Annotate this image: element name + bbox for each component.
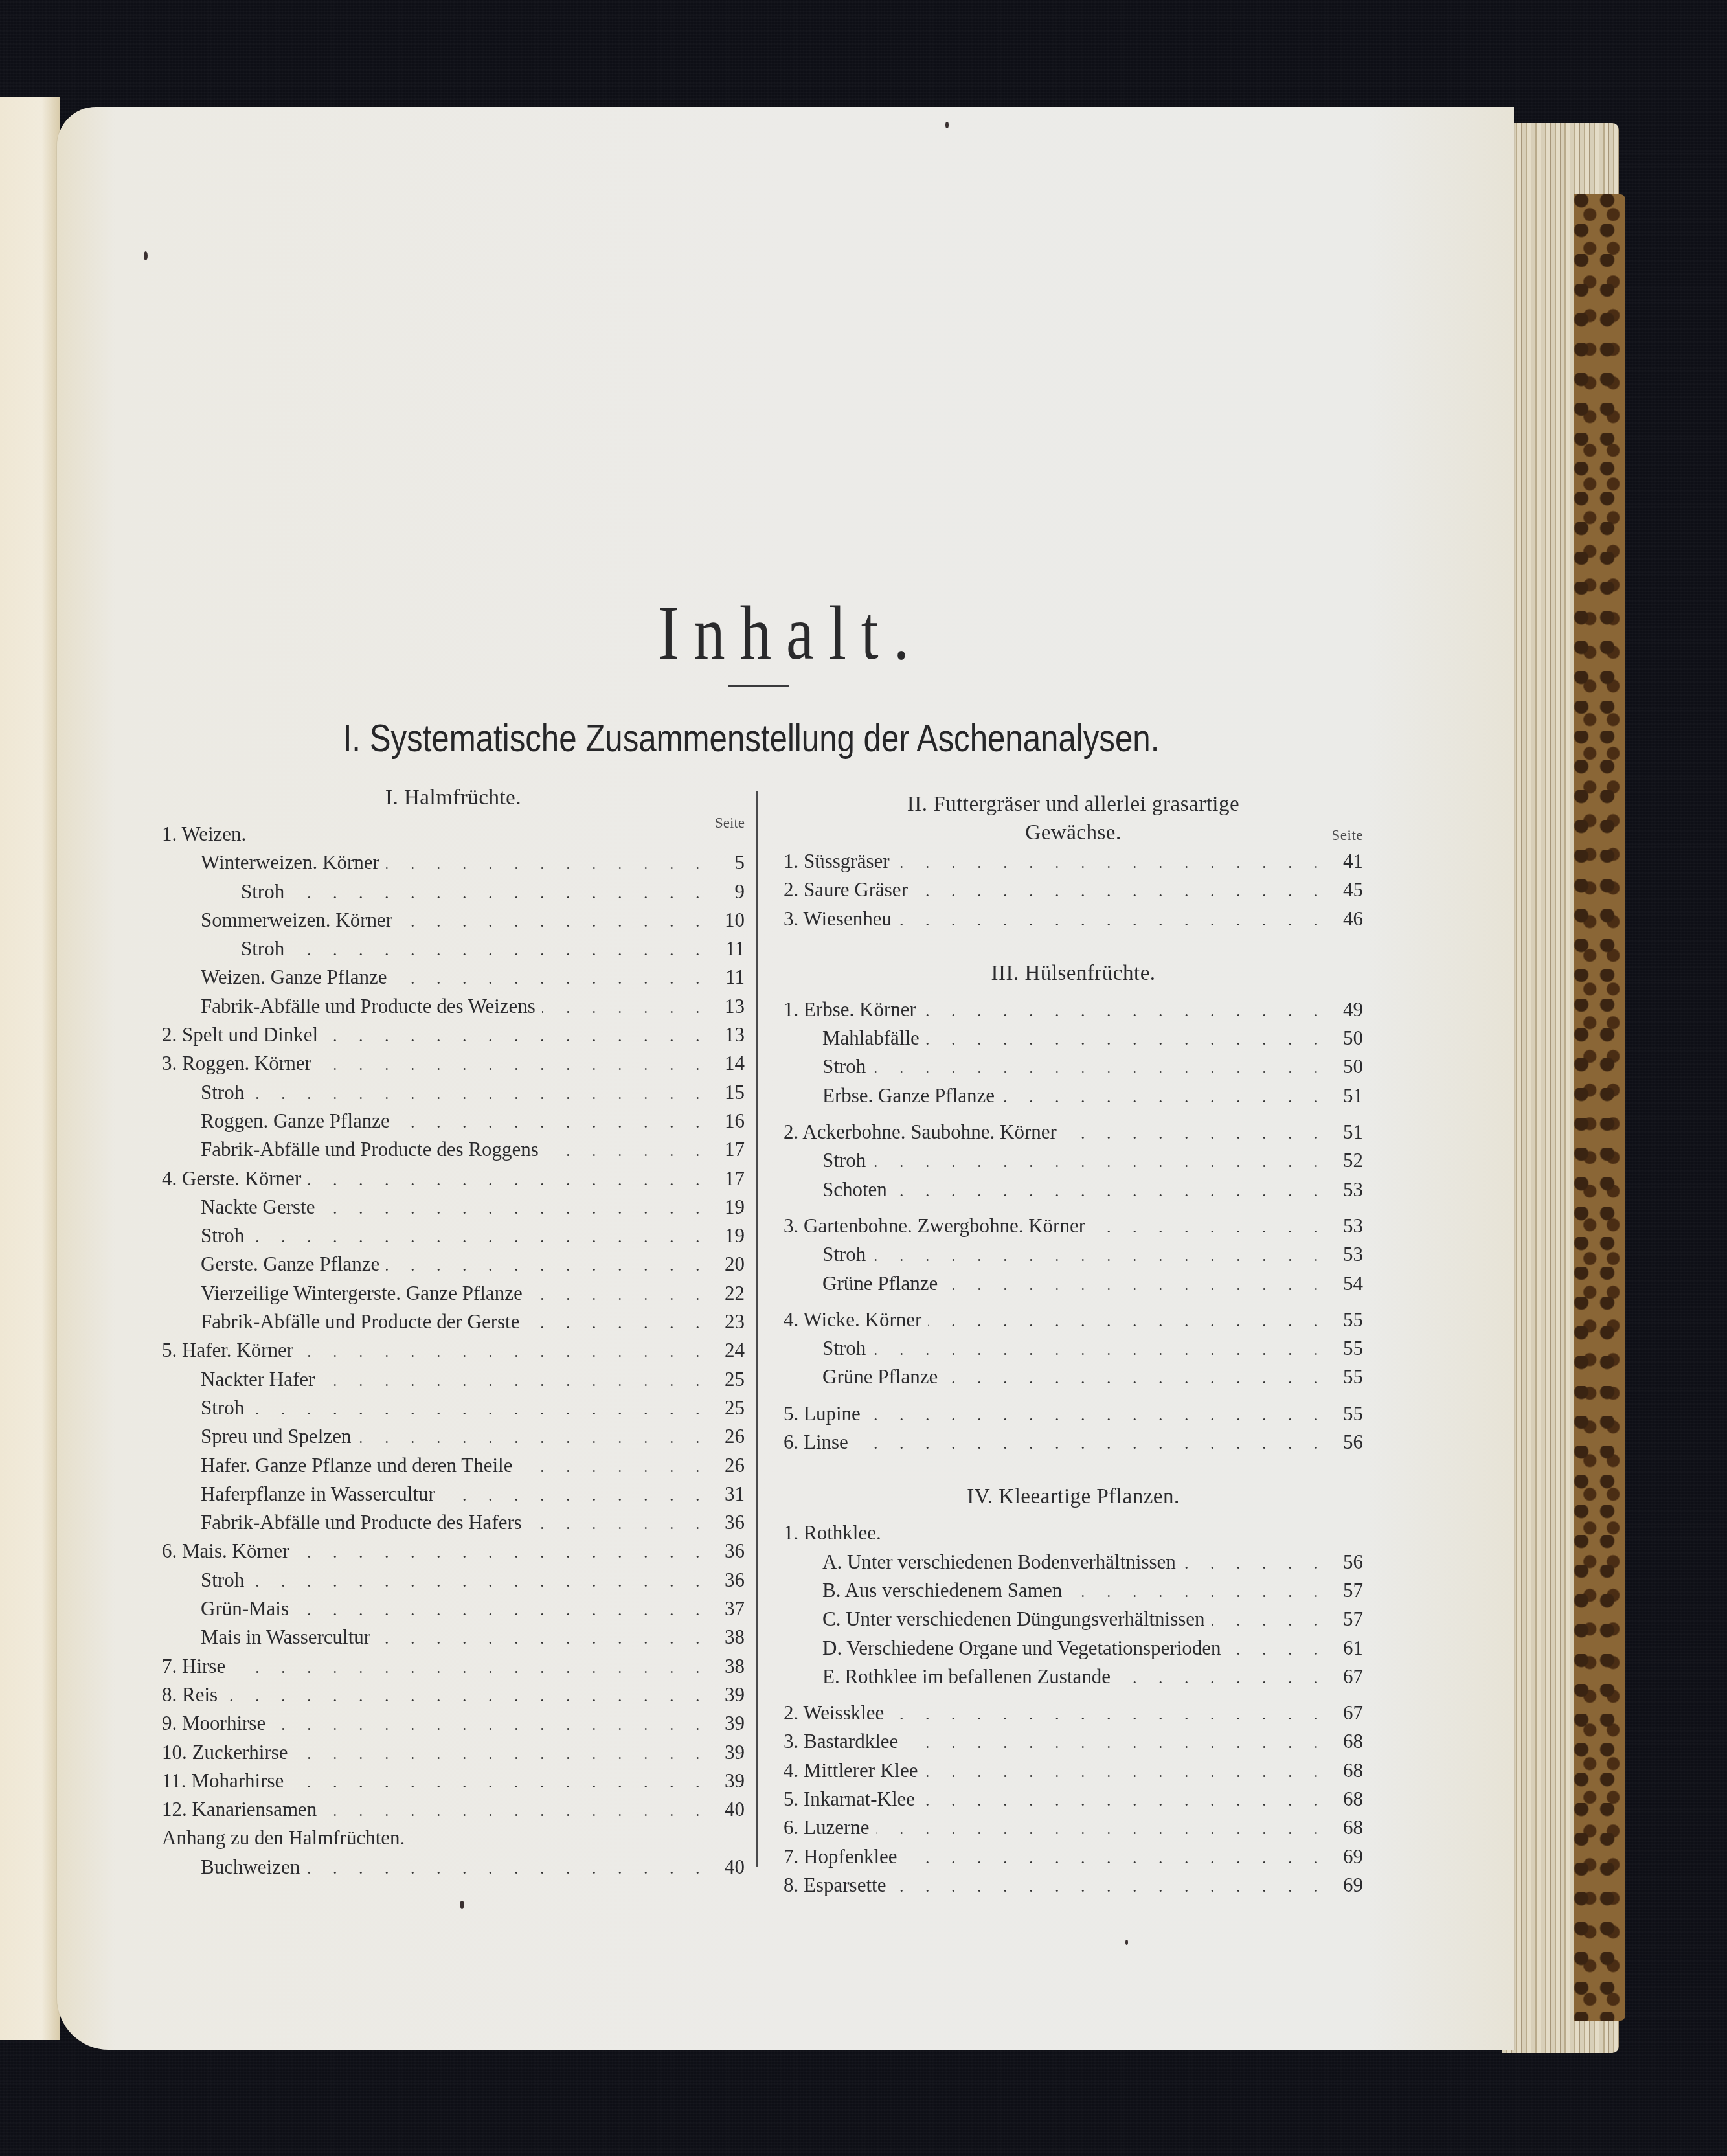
toc-page-number: 36 — [708, 1537, 745, 1565]
dot-leader: . . . . . . . . . . . . . . . . . . . . … — [1212, 1606, 1327, 1635]
toc-entry-label: Stroh — [201, 1221, 251, 1250]
dot-leader: . . . . . . . . . . . . . . . . . . . . … — [399, 907, 708, 936]
title-rule — [728, 685, 789, 687]
toc-page-number: 53 — [1327, 1175, 1363, 1204]
section-heading: II. Futtergräser und allerlei grasartige — [784, 790, 1363, 819]
dot-leader: . . . . . . . . . . . . . . . . . . . . … — [396, 1108, 708, 1137]
toc-entry[interactable]: Fabrik-Abfälle und Producte der Gerste. … — [162, 1308, 745, 1336]
toc-entry-label: 6. Mais. Körner — [162, 1537, 295, 1565]
toc-entry[interactable]: 4. Wicke. Körner. . . . . . . . . . . . … — [784, 1306, 1363, 1334]
dot-leader: . . . . . . . . . . . . . . . . . . . . … — [324, 1022, 708, 1050]
toc-page-number: 13 — [708, 1021, 745, 1049]
toc-entry[interactable]: A. Unter verschiedenen Bodenverhältnisse… — [784, 1548, 1363, 1576]
toc-entry[interactable]: 1. Erbse. Körner. . . . . . . . . . . . … — [784, 995, 1363, 1024]
toc-page-number: 39 — [708, 1738, 745, 1767]
toc-entry-label: Roggen. Ganze Pflanze — [201, 1107, 396, 1135]
toc-entry[interactable]: 3. Bastardklee. . . . . . . . . . . . . … — [784, 1727, 1363, 1756]
toc-page-number: 55 — [1327, 1363, 1363, 1391]
toc-page-number: 23 — [708, 1308, 745, 1336]
dot-leader: . . . . . . . . . . . . . . . . . . . . … — [542, 993, 708, 1022]
toc-page-number: 49 — [1327, 995, 1363, 1024]
toc-page-number: 55 — [1327, 1334, 1363, 1363]
toc-entry-label: 5. Lupine — [784, 1400, 867, 1428]
toc-entry[interactable]: Hafer. Ganze Pflanze und deren Theile. .… — [162, 1451, 745, 1480]
toc-page-number: 67 — [1327, 1662, 1363, 1691]
toc-page-number: 39 — [708, 1681, 745, 1709]
toc-page-number: 68 — [1327, 1785, 1363, 1813]
toc-page-number: 39 — [708, 1767, 745, 1795]
toc-page-number: 67 — [1327, 1699, 1363, 1727]
toc-left-column: I. Halmfrüchte. Seite 1. Weizen.Winterwe… — [162, 784, 745, 1881]
toc-entry[interactable]: B. Aus verschiedenem Samen. . . . . . . … — [784, 1576, 1363, 1605]
toc-entry-label: 2. Weissklee — [784, 1699, 890, 1727]
marbled-cover-board — [1574, 194, 1625, 2021]
toc-page-number: 26 — [708, 1451, 745, 1480]
dot-leader: . . . . . . . . . . . . . . . . . . . . … — [928, 1307, 1327, 1335]
dot-leader: . . . . . . . . . . . . . . . . . . . . … — [295, 1740, 708, 1768]
dot-leader: . . . . . . . . . . . . . . . . . . . . … — [526, 1309, 708, 1337]
toc-page-number: 37 — [708, 1594, 745, 1623]
toc-entry-label: 6. Luzerne — [784, 1813, 876, 1842]
toc-entry-label: C. Unter verschiedenen Düngungsverhältni… — [822, 1605, 1212, 1633]
toc-entry[interactable]: Grüne Pflanze. . . . . . . . . . . . . .… — [784, 1363, 1363, 1391]
toc-page-number: 9 — [708, 878, 745, 906]
toc-entry-label: Winterweizen. Körner — [201, 848, 386, 877]
dot-leader: . . . . . . . . . . . . . . . . . . . . … — [295, 1538, 708, 1567]
toc-entry[interactable]: Stroh. . . . . . . . . . . . . . . . . .… — [784, 1146, 1363, 1175]
toc-entry-list: 1. Weizen.Winterweizen. Körner. . . . . … — [162, 812, 745, 1881]
toc-entry[interactable]: 7. Hopfenklee. . . . . . . . . . . . . .… — [784, 1843, 1363, 1871]
dot-leader: . . . . . . . . . . . . . . . . . . . . … — [1182, 1549, 1327, 1578]
dot-leader: . . . . . . . . . . . . . . . . . . . . … — [224, 1682, 708, 1710]
dot-leader: . . . . . . . . . . . . . . . . . . . . … — [295, 1596, 708, 1624]
toc-entry-label: Fabrik-Abfälle und Producte der Gerste — [201, 1308, 526, 1336]
toc-page-number: 53 — [1327, 1212, 1363, 1240]
toc-page-number: 25 — [708, 1394, 745, 1422]
toc-entry-label: Gerste. Ganze Pflanze — [201, 1250, 386, 1278]
toc-entry[interactable]: Erbse. Ganze Pflanze. . . . . . . . . . … — [784, 1082, 1363, 1110]
dot-leader: . . . . . . . . . . . . . . . . . . . . … — [896, 848, 1327, 877]
toc-entry[interactable]: Stroh. . . . . . . . . . . . . . . . . .… — [784, 1052, 1363, 1081]
toc-entry[interactable]: 5. Hafer. Körner. . . . . . . . . . . . … — [162, 1336, 745, 1365]
toc-right-column: II. Futtergräser und allerlei grasartige… — [784, 790, 1363, 1900]
toc-page-number: 26 — [708, 1422, 745, 1451]
toc-page-number: 51 — [1327, 1082, 1363, 1110]
toc-entry[interactable]: 2. Saure Gräser. . . . . . . . . . . . .… — [784, 876, 1363, 904]
dot-leader: . . . . . . . . . . . . . . . . . . . . … — [1001, 1083, 1327, 1111]
toc-entry-label: D. Verschiedene Organe und Vegetationspe… — [822, 1634, 1228, 1662]
dot-leader: . . . . . . . . . . . . . . . . . . . . … — [272, 1710, 708, 1739]
toc-entry[interactable]: Grün-Mais. . . . . . . . . . . . . . . .… — [162, 1594, 745, 1623]
toc-page-number: 50 — [1327, 1024, 1363, 1052]
toc-entry[interactable]: Weizen. Ganze Pflanze. . . . . . . . . .… — [162, 963, 745, 992]
toc-entry[interactable]: 4. Mittlerer Klee. . . . . . . . . . . .… — [784, 1756, 1363, 1785]
toc-entry-label: 7. Hopfenklee — [784, 1843, 904, 1871]
dot-leader: . . . . . . . . . . . . . . . . . . . . … — [855, 1429, 1327, 1458]
toc-entry-label: Fabrik-Abfälle und Producte des Roggens — [201, 1135, 545, 1164]
toc-entry[interactable]: 6. Linse. . . . . . . . . . . . . . . . … — [784, 1428, 1363, 1457]
toc-page-number: 17 — [708, 1135, 745, 1164]
dot-leader: . . . . . . . . . . . . . . . . . . . . … — [921, 1786, 1327, 1815]
dot-leader: . . . . . . . . . . . . . . . . . . . . … — [876, 1815, 1327, 1843]
toc-entry[interactable]: Winterweizen. Körner. . . . . . . . . . … — [162, 848, 745, 877]
toc-entry[interactable]: 5. Lupine. . . . . . . . . . . . . . . .… — [784, 1400, 1363, 1428]
toc-entry-label: 12. Kanariensamen — [162, 1795, 323, 1824]
toc-entry[interactable]: Stroh. . . . . . . . . . . . . . . . . .… — [162, 1394, 745, 1422]
toc-entry[interactable]: 1. Weizen. — [162, 820, 745, 848]
toc-entry[interactable]: Nackte Gerste. . . . . . . . . . . . . .… — [162, 1193, 745, 1221]
toc-entry-label: 2. Ackerbohne. Saubohne. Körner — [784, 1118, 1063, 1146]
toc-entry-label: 3. Roggen. Körner — [162, 1049, 318, 1078]
toc-entry-label: 6. Linse — [784, 1428, 855, 1457]
toc-entry-label: 10. Zuckerhirse — [162, 1738, 295, 1767]
toc-entry-label: Vierzeilige Wintergerste. Ganze Pflanze — [201, 1279, 529, 1308]
toc-entry-label: Stroh — [201, 1566, 251, 1594]
toc-entry-label: 4. Wicke. Körner — [784, 1306, 928, 1334]
dot-leader: . . . . . . . . . . . . . . . . . . . . … — [386, 1251, 708, 1280]
toc-entry[interactable]: 6. Mais. Körner. . . . . . . . . . . . .… — [162, 1537, 745, 1565]
toc-page-number: 45 — [1327, 876, 1363, 904]
dot-leader: . . . . . . . . . . . . . . . . . . . . … — [1068, 1578, 1327, 1606]
toc-entry[interactable]: 9. Moorhirse. . . . . . . . . . . . . . … — [162, 1709, 745, 1738]
dot-leader: . . . . . . . . . . . . . . . . . . . . … — [924, 1758, 1327, 1786]
toc-entry[interactable]: Mais in Wassercultur. . . . . . . . . . … — [162, 1623, 745, 1651]
dot-leader: . . . . . . . . . . . . . . . . . . . . … — [321, 1194, 708, 1223]
toc-page-number: 38 — [708, 1652, 745, 1681]
toc-entry-list: 1. Süssgräser. . . . . . . . . . . . . .… — [784, 847, 1363, 1900]
toc-page-number: 55 — [1327, 1306, 1363, 1334]
toc-entry[interactable]: D. Verschiedene Organe und Vegetationspe… — [784, 1634, 1363, 1662]
section-heading: IV. Kleeartige Pflanzen. — [784, 1482, 1363, 1511]
toc-page-number: 17 — [708, 1164, 745, 1193]
toc-entry[interactable]: Gerste. Ganze Pflanze. . . . . . . . . .… — [162, 1250, 745, 1278]
toc-entry-label: A. Unter verschiedenen Bodenverhältnisse… — [822, 1548, 1182, 1576]
ink-speck — [1125, 1940, 1128, 1945]
toc-entry[interactable]: 8. Esparsette. . . . . . . . . . . . . .… — [784, 1871, 1363, 1900]
dot-leader: . . . . . . . . . . . . . . . . . . . . … — [914, 877, 1327, 905]
column-divider — [756, 791, 758, 1867]
toc-page-number: 19 — [708, 1193, 745, 1221]
toc-entry[interactable]: 3. Roggen. Körner. . . . . . . . . . . .… — [162, 1049, 745, 1078]
ink-speck — [945, 122, 949, 128]
toc-page-number: 36 — [708, 1508, 745, 1537]
toc-entry-label: Spreu und Spelzen — [201, 1422, 357, 1451]
toc-page-number: 13 — [708, 992, 745, 1021]
dot-leader: . . . . . . . . . . . . . . . . . . . . … — [894, 1177, 1327, 1205]
toc-entry[interactable]: 7. Hirse. . . . . . . . . . . . . . . . … — [162, 1652, 745, 1681]
toc-page-number: 16 — [708, 1107, 745, 1135]
toc-entry[interactable]: 2. Weissklee. . . . . . . . . . . . . . … — [784, 1699, 1363, 1727]
section-heading-line2: Gewächse. — [1025, 821, 1121, 845]
toc-page-number: 56 — [1327, 1548, 1363, 1576]
toc-entry-label: 8. Reis — [162, 1681, 224, 1709]
dot-leader: . . . . . . . . . . . . . . . . . . . . … — [251, 1080, 708, 1108]
toc-page-number: 53 — [1327, 1240, 1363, 1269]
toc-page-number: 55 — [1327, 1400, 1363, 1428]
toc-entry-label: Stroh — [201, 1394, 251, 1422]
section-heading: I. Halmfrüchte. — [162, 784, 745, 812]
dot-leader: . . . . . . . . . . . . . . . . . . . . … — [1063, 1119, 1327, 1148]
toc-page-number: 40 — [708, 1853, 745, 1881]
toc-entry-label: Mahlabfälle — [822, 1024, 926, 1052]
toc-entry[interactable]: Stroh. . . . . . . . . . . . . . . . . .… — [162, 1221, 745, 1250]
toc-entry[interactable]: Anhang zu den Halmfrüchten. — [162, 1824, 745, 1852]
toc-entry-label: 1. Weizen. — [162, 820, 253, 848]
toc-page-number: 11 — [708, 963, 745, 992]
toc-page-number: 31 — [708, 1480, 745, 1508]
toc-entry-label: 1. Süssgräser — [784, 847, 896, 876]
toc-page-number: 46 — [1327, 905, 1363, 933]
ink-speck — [144, 251, 148, 260]
dot-leader: . . . . . . . . . . . . . . . . . . . . … — [300, 1337, 708, 1366]
dot-leader: . . . . . . . . . . . . . . . . . . . . … — [545, 1137, 708, 1165]
previous-page-edge — [0, 97, 60, 2040]
toc-page-number: 50 — [1327, 1052, 1363, 1081]
toc-entry[interactable]: Haferpflanze in Wassercultur. . . . . . … — [162, 1480, 745, 1508]
dot-leader: . . . . . . . . . . . . . . . . . . . . … — [867, 1401, 1327, 1429]
toc-page-number: 11 — [708, 935, 745, 963]
toc-entry[interactable]: Nackter Hafer. . . . . . . . . . . . . .… — [162, 1365, 745, 1394]
dot-leader: . . . . . . . . . . . . . . . . . . . . … — [357, 1424, 708, 1452]
toc-entry-label: Buchweizen — [201, 1853, 306, 1881]
dot-leader: . . . . . . . . . . . . . . . . . . . . … — [872, 1148, 1327, 1176]
dot-leader: . . . . . . . . . . . . . . . . . . . . … — [321, 1367, 708, 1395]
toc-entry-label: B. Aus verschiedenem Samen — [822, 1576, 1068, 1605]
seite-label: Seite — [1332, 821, 1364, 850]
toc-entry-label: 3. Gartenbohne. Zwergbohne. Körner — [784, 1212, 1092, 1240]
toc-entry[interactable]: Schoten. . . . . . . . . . . . . . . . .… — [784, 1175, 1363, 1204]
toc-page-number: 68 — [1327, 1756, 1363, 1785]
spacer — [784, 933, 1363, 959]
toc-entry[interactable]: 6. Luzerne. . . . . . . . . . . . . . . … — [784, 1813, 1363, 1842]
toc-page-number: 69 — [1327, 1843, 1363, 1871]
toc-entry-label: Weizen. Ganze Pflanze — [201, 963, 394, 992]
toc-entry[interactable]: Stroh. . . . . . . . . . . . . . . . . .… — [784, 1334, 1363, 1363]
toc-entry-label: 7. Hirse — [162, 1652, 232, 1681]
dot-leader: . . . . . . . . . . . . . . . . . . . . … — [905, 1729, 1327, 1757]
toc-page-number: 41 — [1327, 847, 1363, 876]
toc-entry[interactable]: Fabrik-Abfälle und Producte des Weizens.… — [162, 992, 745, 1021]
toc-entry[interactable]: Stroh. . . . . . . . . . . . . . . . . .… — [162, 878, 745, 906]
toc-page-number: 68 — [1327, 1727, 1363, 1756]
toc-entry[interactable]: C. Unter verschiedenen Düngungsverhältni… — [784, 1605, 1363, 1633]
dot-leader: . . . . . . . . . . . . . . . . . . . . … — [1092, 1213, 1327, 1242]
dot-leader: . . . . . . . . . . . . . . . . . . . . … — [519, 1453, 708, 1481]
toc-entry[interactable]: Roggen. Ganze Pflanze. . . . . . . . . .… — [162, 1107, 745, 1135]
section-heading: III. Hülsenfrüchte. — [784, 959, 1363, 988]
toc-page-number: 68 — [1327, 1813, 1363, 1842]
toc-entry[interactable]: 1. Rothklee. — [784, 1519, 1363, 1547]
toc-entry[interactable]: Grüne Pflanze. . . . . . . . . . . . . .… — [784, 1269, 1363, 1298]
toc-entry[interactable]: 11. Moharhirse. . . . . . . . . . . . . … — [162, 1767, 745, 1795]
toc-page-number: 39 — [708, 1709, 745, 1738]
toc-entry-label: 4. Gerste. Körner — [162, 1164, 308, 1193]
toc-entry[interactable]: 3. Gartenbohne. Zwergbohne. Körner. . . … — [784, 1212, 1363, 1240]
toc-page-number: 57 — [1327, 1576, 1363, 1605]
toc-page-number: 57 — [1327, 1605, 1363, 1633]
toc-entry-label: 5. Hafer. Körner — [162, 1336, 300, 1365]
toc-page-number: 51 — [1327, 1118, 1363, 1146]
dot-leader: . . . . . . . . . . . . . . . . . . . . … — [318, 1050, 708, 1079]
dot-leader: . . . . . . . . . . . . . . . . . . . . … — [323, 1797, 708, 1825]
section-heading-cont: Gewächse. Seite — [784, 819, 1363, 847]
toc-entry[interactable]: Stroh. . . . . . . . . . . . . . . . . .… — [162, 935, 745, 963]
toc-entry[interactable]: 4. Gerste. Körner. . . . . . . . . . . .… — [162, 1164, 745, 1193]
dot-leader: . . . . . . . . . . . . . . . . . . . . … — [898, 906, 1327, 935]
dot-leader: . . . . . . . . . . . . . . . . . . . . … — [251, 1395, 708, 1424]
dot-leader: . . . . . . . . . . . . . . . . . . . . … — [290, 1768, 708, 1797]
dot-leader: . . . . . . . . . . . . . . . . . . . . … — [528, 1510, 708, 1538]
toc-entry[interactable]: E. Rothklee im befallenen Zustande. . . … — [784, 1662, 1363, 1691]
dot-leader: . . . . . . . . . . . . . . . . . . . . … — [872, 1054, 1327, 1082]
toc-entry[interactable]: 5. Inkarnat-Klee. . . . . . . . . . . . … — [784, 1785, 1363, 1813]
toc-page-number: 25 — [708, 1365, 745, 1394]
dot-leader: . . . . . . . . . . . . . . . . . . . . … — [872, 1242, 1327, 1270]
dot-leader: . . . . . . . . . . . . . . . . . . . . … — [386, 850, 708, 878]
dot-leader: . . . . . . . . . . . . . . . . . . . . … — [377, 1624, 708, 1653]
toc-entry[interactable]: 10. Zuckerhirse. . . . . . . . . . . . .… — [162, 1738, 745, 1767]
toc-entry-label: Nackte Gerste — [201, 1193, 321, 1221]
toc-page-number: 36 — [708, 1566, 745, 1594]
toc-entry-label: Grüne Pflanze — [822, 1363, 944, 1391]
toc-page-number: 20 — [708, 1250, 745, 1278]
dot-leader: . . . . . . . . . . . . . . . . . . . . … — [1228, 1635, 1327, 1664]
dot-leader: . . . . . . . . . . . . . . . . . . . . … — [394, 964, 708, 993]
toc-entry-label: Schoten — [822, 1175, 894, 1204]
toc-page-number: 40 — [708, 1795, 745, 1824]
ink-speck — [460, 1901, 464, 1909]
toc-page-number: 14 — [708, 1049, 745, 1078]
spacer — [162, 812, 745, 820]
toc-entry[interactable]: 2. Ackerbohne. Saubohne. Körner. . . . .… — [784, 1118, 1363, 1146]
toc-entry[interactable]: Stroh. . . . . . . . . . . . . . . . . .… — [162, 1566, 745, 1594]
toc-entry-label: Anhang zu den Halmfrüchten. — [162, 1824, 411, 1852]
toc-page-number: 52 — [1327, 1146, 1363, 1175]
toc-entry-label: 3. Bastardklee — [784, 1727, 905, 1756]
dot-leader: . . . . . . . . . . . . . . . . . . . . … — [232, 1653, 708, 1682]
toc-entry[interactable]: Fabrik-Abfälle und Producte des Roggens.… — [162, 1135, 745, 1164]
toc-entry-label: Nackter Hafer — [201, 1365, 321, 1394]
toc-entry-label: Fabrik-Abfälle und Producte des Hafers — [201, 1508, 528, 1537]
toc-page-number: 19 — [708, 1221, 745, 1250]
toc-entry[interactable]: Sommerweizen. Körner. . . . . . . . . . … — [162, 906, 745, 935]
toc-entry[interactable]: Vierzeilige Wintergerste. Ganze Pflanze.… — [162, 1279, 745, 1308]
toc-entry[interactable]: Stroh. . . . . . . . . . . . . . . . . .… — [162, 1078, 745, 1107]
part-heading: I. Systematische Zusammenstellung der As… — [135, 716, 1367, 760]
toc-entry-label: 1. Rothklee. — [784, 1519, 888, 1547]
toc-entry-label: Grüne Pflanze — [822, 1269, 944, 1298]
toc-entry-label: 2. Saure Gräser — [784, 876, 914, 904]
toc-entry[interactable]: 3. Wiesenheu. . . . . . . . . . . . . . … — [784, 905, 1363, 933]
toc-entry[interactable]: Mahlabfälle. . . . . . . . . . . . . . .… — [784, 1024, 1363, 1052]
toc-entry-label: Haferpflanze in Wassercultur — [201, 1480, 442, 1508]
toc-entry-label: 3. Wiesenheu — [784, 905, 898, 933]
toc-page-number: 10 — [708, 906, 745, 935]
toc-entry[interactable]: 8. Reis. . . . . . . . . . . . . . . . .… — [162, 1681, 745, 1709]
toc-entry[interactable]: 2. Spelt und Dinkel. . . . . . . . . . .… — [162, 1021, 745, 1049]
toc-entry-label: Fabrik-Abfälle und Producte des Weizens — [201, 992, 542, 1021]
dot-leader: . . . . . . . . . . . . . . . . . . . . … — [251, 1567, 708, 1596]
toc-entry-label: Sommerweizen. Körner — [201, 906, 399, 935]
toc-entry-label: 8. Esparsette — [784, 1871, 892, 1900]
page-title: Inhalt. — [135, 589, 1447, 677]
dot-leader: . . . . . . . . . . . . . . . . . . . . … — [926, 1025, 1327, 1054]
toc-entry-label: Stroh — [241, 878, 291, 906]
toc-page-number: 54 — [1327, 1269, 1363, 1298]
toc-entry-label: E. Rothklee im befallenen Zustande — [822, 1662, 1117, 1691]
toc-page-number: 61 — [1327, 1634, 1363, 1662]
toc-entry[interactable]: Buchweizen. . . . . . . . . . . . . . . … — [162, 1853, 745, 1881]
toc-entry-label: Hafer. Ganze Pflanze und deren Theile — [201, 1451, 519, 1480]
toc-page-number: 69 — [1327, 1871, 1363, 1900]
toc-page-number: 56 — [1327, 1428, 1363, 1457]
spacer — [784, 988, 1363, 995]
toc-entry-label: Stroh — [822, 1146, 872, 1175]
toc-entry-label: Stroh — [201, 1078, 251, 1107]
dot-leader: . . . . . . . . . . . . . . . . . . . . … — [529, 1280, 708, 1309]
toc-entry[interactable]: 1. Süssgräser. . . . . . . . . . . . . .… — [784, 847, 1363, 876]
toc-entry[interactable]: 12. Kanariensamen. . . . . . . . . . . .… — [162, 1795, 745, 1824]
spacer — [784, 1457, 1363, 1482]
toc-entry-label: 4. Mittlerer Klee — [784, 1756, 924, 1785]
toc-entry-label: Stroh — [822, 1334, 872, 1363]
toc-entry-label: Erbse. Ganze Pflanze — [822, 1082, 1001, 1110]
toc-entry-label: Stroh — [241, 935, 291, 963]
spacer — [784, 1511, 1363, 1519]
dot-leader: . . . . . . . . . . . . . . . . . . . . … — [872, 1335, 1327, 1364]
toc-entry-label: 2. Spelt und Dinkel — [162, 1021, 324, 1049]
dot-leader: . . . . . . . . . . . . . . . . . . . . … — [890, 1700, 1327, 1729]
dot-leader: . . . . . . . . . . . . . . . . . . . . … — [251, 1223, 708, 1251]
dot-leader: . . . . . . . . . . . . . . . . . . . . … — [442, 1481, 708, 1510]
dot-leader: . . . . . . . . . . . . . . . . . . . . … — [291, 879, 708, 907]
toc-entry-label: 9. Moorhirse — [162, 1709, 272, 1738]
dot-leader: . . . . . . . . . . . . . . . . . . . . … — [306, 1854, 708, 1883]
toc-page-number: 15 — [708, 1078, 745, 1107]
toc-entry-label: Stroh — [822, 1240, 872, 1269]
dot-leader: . . . . . . . . . . . . . . . . . . . . … — [944, 1271, 1327, 1299]
toc-page-number: 24 — [708, 1336, 745, 1365]
toc-entry-label: Grün-Mais — [201, 1594, 295, 1623]
toc-entry-label: Mais in Wassercultur — [201, 1623, 377, 1651]
toc-entry-label: 5. Inkarnat-Klee — [784, 1785, 921, 1813]
toc-page-number: 5 — [708, 848, 745, 877]
toc-page-number: 38 — [708, 1623, 745, 1651]
dot-leader: . . . . . . . . . . . . . . . . . . . . … — [291, 936, 708, 964]
dot-leader: . . . . . . . . . . . . . . . . . . . . … — [892, 1872, 1327, 1901]
dot-leader: . . . . . . . . . . . . . . . . . . . . … — [904, 1844, 1327, 1872]
toc-entry[interactable]: Stroh. . . . . . . . . . . . . . . . . .… — [784, 1240, 1363, 1269]
toc-entry-label: 11. Moharhirse — [162, 1767, 290, 1795]
dot-leader: . . . . . . . . . . . . . . . . . . . . … — [1117, 1664, 1327, 1692]
toc-entry-label: 1. Erbse. Körner — [784, 995, 923, 1024]
dot-leader: . . . . . . . . . . . . . . . . . . . . … — [923, 997, 1327, 1025]
toc-entry[interactable]: Fabrik-Abfälle und Producte des Hafers. … — [162, 1508, 745, 1537]
toc-entry-label: Stroh — [822, 1052, 872, 1081]
toc-entry[interactable]: Spreu und Spelzen. . . . . . . . . . . .… — [162, 1422, 745, 1451]
dot-leader: . . . . . . . . . . . . . . . . . . . . … — [944, 1364, 1327, 1392]
dot-leader: . . . . . . . . . . . . . . . . . . . . … — [308, 1166, 708, 1194]
toc-page-number: 22 — [708, 1279, 745, 1308]
